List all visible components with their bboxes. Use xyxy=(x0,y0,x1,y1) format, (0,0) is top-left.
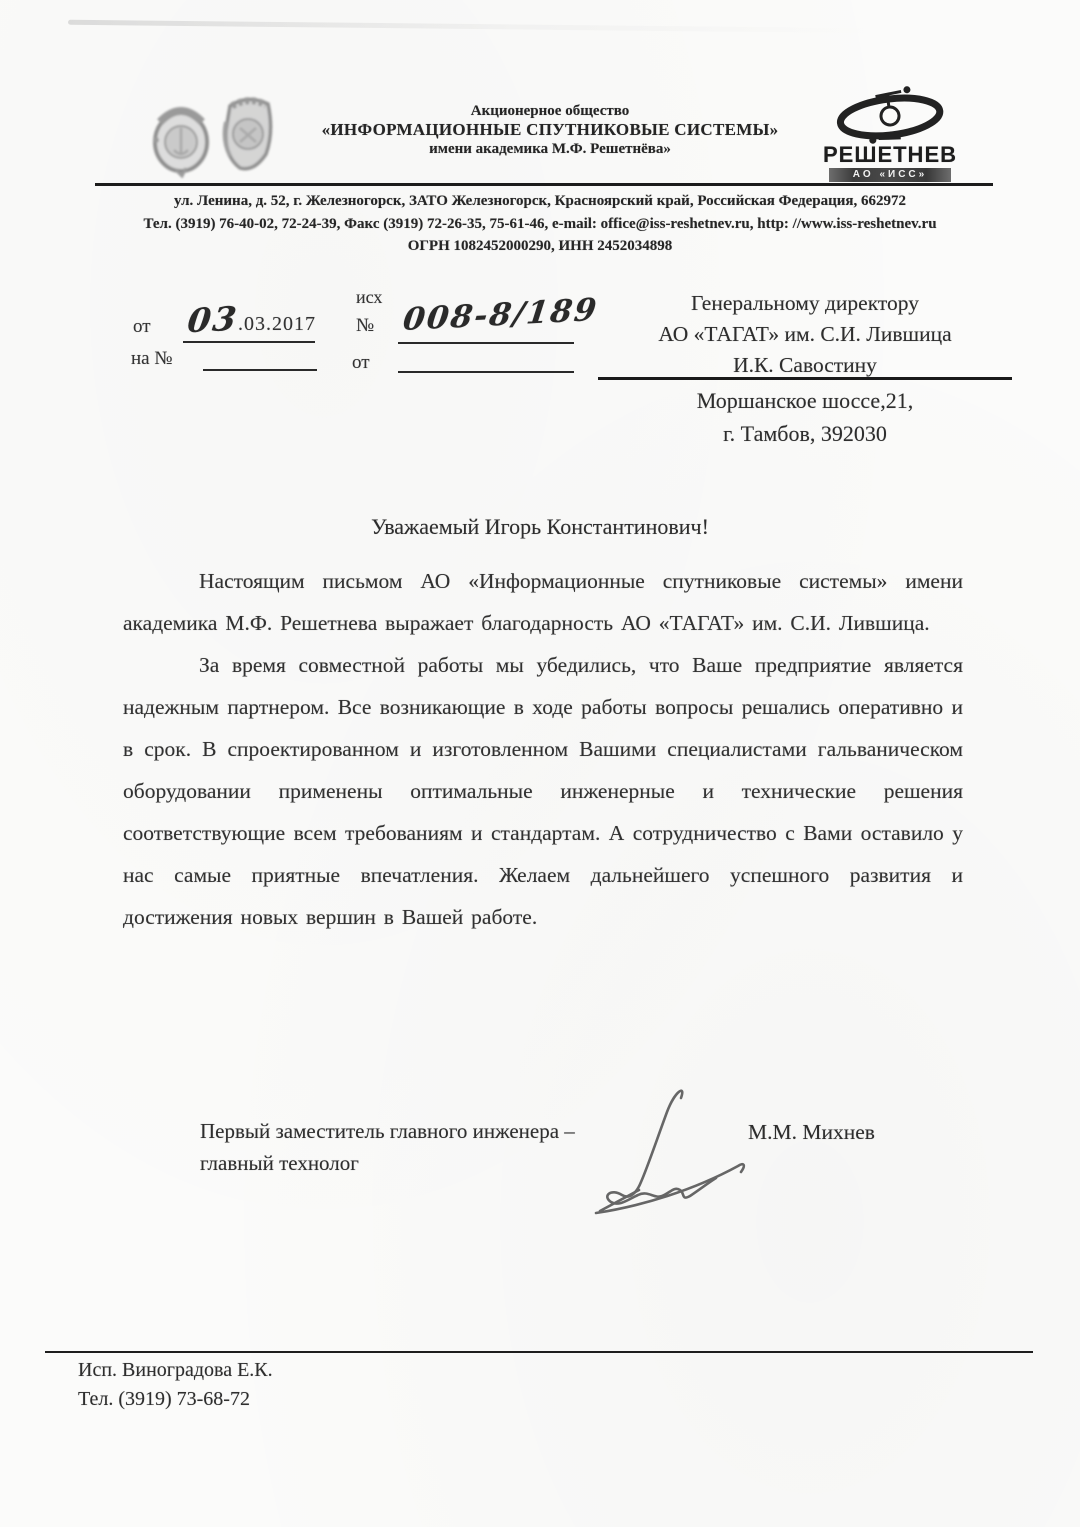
ref-outgoing-label: исх xyxy=(356,287,382,308)
address-line-2: Тел. (3919) 76-40-02, 72-24-39, Факс (39… xyxy=(88,213,992,236)
recipient-address-block: Моршанское шоссе,21, г. Тамбов, 392030 xyxy=(598,384,1012,450)
date-underline xyxy=(183,341,315,343)
address-line-1: ул. Ленина, д. 52, г. Железногорск, ЗАТО… xyxy=(88,190,992,213)
signer-title-line-1: Первый заместитель главного инженера – xyxy=(200,1115,575,1147)
signer-title-line-2: главный технолог xyxy=(200,1147,575,1179)
recipient-city: г. Тамбов, 392030 xyxy=(598,417,1012,450)
org-name: «ИНФОРМАЦИОННЫЕ СПУТНИКОВЫЕ СИСТЕМЫ» xyxy=(290,120,810,140)
salutation: Уважаемый Игорь Константинович! xyxy=(120,514,960,540)
outgoing-number-underline xyxy=(398,342,574,344)
scanned-letter-page: Акционерное общество «ИНФОРМАЦИОННЫЕ СПУ… xyxy=(0,0,1080,1527)
org-type: Акционерное общество xyxy=(290,102,810,120)
letterhead-divider xyxy=(95,183,993,186)
satellite-orbit-icon xyxy=(820,86,960,144)
signer-title: Первый заместитель главного инженера – г… xyxy=(200,1115,575,1179)
handwritten-date: 03 xyxy=(185,299,240,341)
executor-name: Исп. Виноградова Е.К. xyxy=(78,1356,273,1385)
medal-order-icon xyxy=(148,96,214,180)
handwritten-outgoing-number: 008-8/189 xyxy=(401,292,600,338)
recipient-position: Генеральному директору xyxy=(598,288,1012,319)
signer-name: М.М. Михнев xyxy=(748,1120,875,1145)
ref-out-from-label: от xyxy=(352,352,370,374)
address-line-3: ОГРН 1082452000290, ИНН 2452034898 xyxy=(88,235,992,258)
recipient-divider xyxy=(598,377,1012,380)
letterhead-address: ул. Ленина, д. 52, г. Железногорск, ЗАТО… xyxy=(88,190,992,258)
handwritten-signature-icon xyxy=(562,1078,772,1218)
printed-date: .03.2017 xyxy=(238,313,316,336)
medal-banner-icon xyxy=(216,92,278,176)
out-from-underline xyxy=(398,371,574,373)
letter-body: Настоящим письмом АО «Информационные спу… xyxy=(123,560,963,938)
ref-on-number-label: на № xyxy=(131,348,172,370)
body-paragraph-2: За время совместной работы мы убедились,… xyxy=(123,644,963,938)
recipient-block: Генеральному директору АО «ТАГАТ» им. С.… xyxy=(598,288,1012,381)
org-name-academic: имени академика М.Ф. Решетнёва» xyxy=(290,140,810,159)
on-number-underline xyxy=(203,369,317,371)
recipient-street: Моршанское шоссе,21, xyxy=(598,384,1012,417)
scan-artifact-smudge xyxy=(68,20,878,33)
ref-from-label: от xyxy=(133,316,151,338)
ref-number-sign: № xyxy=(356,315,374,337)
body-paragraph-1: Настоящим письмом АО «Информационные спу… xyxy=(123,560,963,644)
brand-subtitle-badge: АО «ИСС» xyxy=(829,168,951,182)
letterhead-org-block: Акционерное общество «ИНФОРМАЦИОННЫЕ СПУ… xyxy=(290,102,810,159)
recipient-company: АО «ТАГАТ» им. С.И. Лившица xyxy=(598,319,1012,350)
executor-block: Исп. Виноградова Е.К. Тел. (3919) 73-68-… xyxy=(78,1356,273,1414)
executor-phone: Тел. (3919) 73-68-72 xyxy=(78,1385,273,1414)
company-logo: РЕШЕТНЕВ АО «ИСС» xyxy=(806,86,974,182)
brand-name: РЕШЕТНЕВ xyxy=(806,144,974,166)
footer-divider xyxy=(45,1351,1033,1353)
